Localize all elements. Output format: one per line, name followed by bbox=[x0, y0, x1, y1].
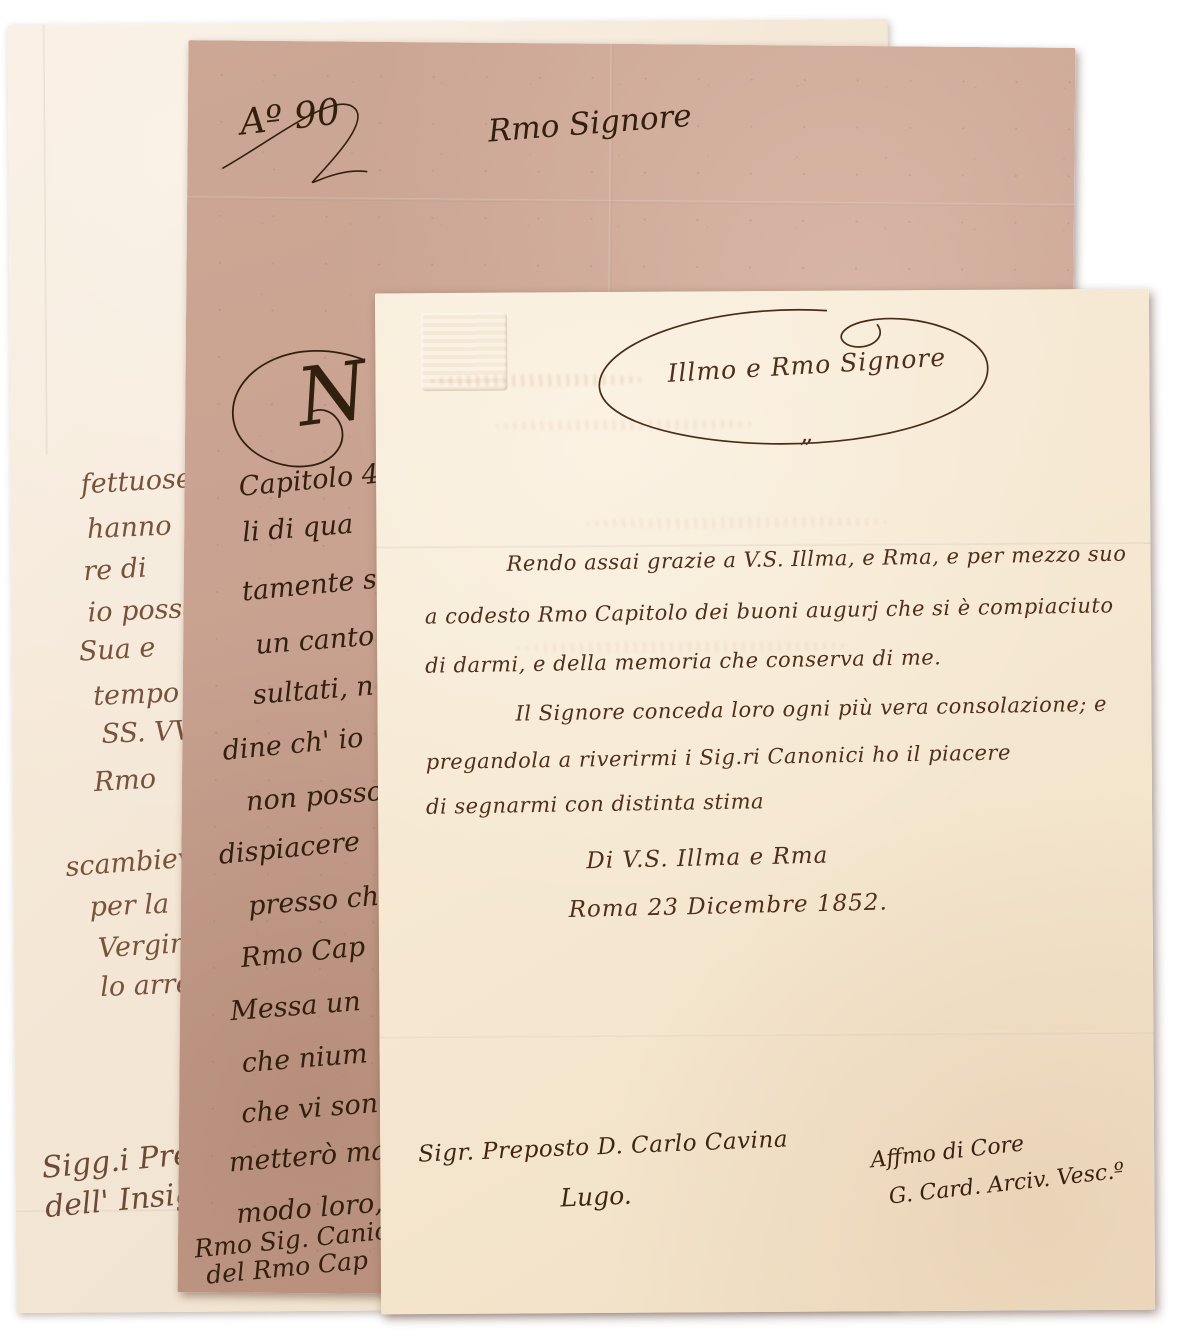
dateline: Roma 23 Dicembre 1852. bbox=[568, 889, 888, 923]
handwritten-fragment: hanno bbox=[86, 510, 172, 545]
handwritten-fragment: re di bbox=[82, 552, 147, 587]
signature-line: Affmo di Core bbox=[869, 1131, 1025, 1173]
valediction: Di V.S. Illma e Rma bbox=[586, 843, 829, 875]
body-line: a codesto Rmo Capitolo dei buoni augurj … bbox=[425, 593, 1114, 628]
handwritten-fragment: Rmo bbox=[93, 763, 157, 798]
recipient-address-line: Sigr. Preposto D. Carlo Cavina bbox=[418, 1126, 789, 1167]
body-line: Il Signore conceda loro ogni più vera co… bbox=[515, 692, 1107, 726]
handwritten-fragment: SS. VV bbox=[101, 715, 194, 750]
body-line: di darmi, e della memoria che conserva d… bbox=[425, 645, 942, 678]
scanned-letters-scene: fettuose hanno re di io possa Sua e temp… bbox=[0, 0, 1181, 1336]
handwritten-fragment: scambiev bbox=[64, 842, 194, 883]
ink-showthrough bbox=[586, 516, 886, 529]
fold-crease bbox=[379, 1031, 1153, 1039]
recipient-address-line: Lugo. bbox=[560, 1181, 632, 1213]
salutation-mark: „ bbox=[800, 419, 814, 449]
handwritten-fragment: per la bbox=[89, 889, 170, 923]
front-letter-sheet: Illmo e Rmo Signore „ Rendo assai grazie… bbox=[375, 289, 1155, 1315]
fold-crease bbox=[42, 25, 48, 455]
body-line: pregandola a riverirmi i Sig.ri Canonici… bbox=[426, 740, 1012, 774]
handwritten-fragment: Sua e bbox=[78, 632, 156, 667]
handwritten-fragment: io possa bbox=[87, 593, 199, 629]
body-line: di segnarmi con distinta stima bbox=[426, 789, 764, 819]
pen-flourish bbox=[217, 96, 438, 188]
handwritten-fragment: fettuose bbox=[80, 463, 193, 501]
handwritten-fragment: tempo bbox=[93, 677, 180, 712]
handwritten-fragment: lo arre bbox=[100, 968, 193, 1003]
